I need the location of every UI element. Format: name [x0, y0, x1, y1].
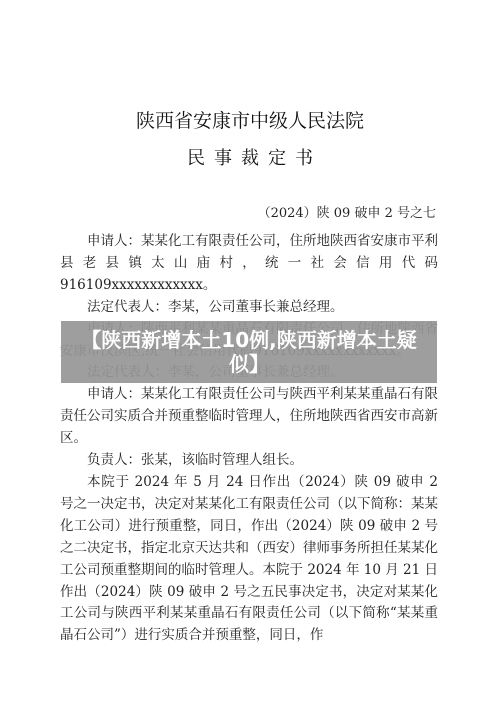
- paragraph-court-proceedings: 本院于 2024 年 5 月 24 日作出（2024）陕 09 破申 2 号之一…: [60, 472, 438, 647]
- document-body: 申请人：某某化工有限责任公司，住所地陕西省安康市平利县老县镇太山庙村，统一社会信…: [60, 231, 438, 647]
- paragraph-legal-rep-1: 法定代表人：李某，公司董事长兼总经理。: [60, 297, 438, 319]
- headline-overlay: 【陕西新增本土10例,陕西新增本土疑似】: [61, 321, 437, 383]
- paragraph-applicant-3: 申请人：某某化工有限责任公司与陕西平利某某重晶石有限责任公司实质合并预重整临时管…: [60, 384, 438, 450]
- court-name: 陕西省安康市中级人民法院: [0, 109, 500, 133]
- headline-text: 【陕西新增本土10例,陕西新增本土疑似】: [61, 328, 437, 376]
- document-type: 民事裁定书: [0, 147, 500, 171]
- paragraph-responsible-person: 负责人：张某，该临时管理人组长。: [60, 450, 438, 472]
- case-number: （2024）陕 09 破申 2 号之七: [258, 204, 436, 224]
- paragraph-applicant-1: 申请人：某某化工有限责任公司，住所地陕西省安康市平利县老县镇太山庙村，统一社会信…: [60, 231, 438, 297]
